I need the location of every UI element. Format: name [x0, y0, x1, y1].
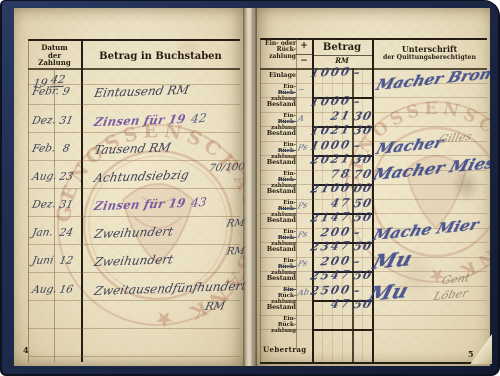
plus-minus-mark: Ps	[297, 200, 309, 210]
date-day: 31	[56, 114, 76, 127]
amount-pf: 30	[352, 108, 372, 123]
left-header-date: Datum der Zahlung	[28, 44, 81, 67]
amount-in-words-text: Zweitausendfünfhundert	[93, 279, 247, 298]
amount-pf: 70	[352, 166, 372, 181]
signature: Mache Mier	[371, 216, 481, 244]
rule-line	[28, 132, 240, 133]
date-month: Aug.	[31, 170, 58, 183]
amount-pf: 50	[352, 239, 372, 254]
rule-line	[28, 272, 240, 273]
rule-line	[28, 328, 240, 329]
date-month: Aug.	[31, 283, 58, 296]
row-label-bestand: Bestand	[258, 246, 296, 253]
amount-rm: 47	[308, 296, 353, 311]
interest-stamp-text: Zinsen für 19	[93, 112, 187, 130]
amount-in-words-text: Zweihundert	[93, 252, 174, 269]
amount-rm: 21	[308, 108, 353, 123]
amount-in-words-text: Eintausend RM	[93, 83, 190, 100]
rule-line	[54, 68, 55, 362]
date-month: Jan.	[31, 226, 54, 239]
amount-pf: –	[352, 94, 372, 109]
amount-rm: 1000	[308, 64, 353, 79]
rule-line	[28, 216, 240, 217]
row-label-bestand: Bestand	[258, 130, 296, 137]
right-header-currency: RM	[312, 57, 372, 65]
rule-line	[28, 244, 240, 245]
plus-minus-mark: Ps	[297, 229, 309, 239]
page-number-right: 5	[468, 349, 474, 359]
row-label-bestand: Bestand	[258, 275, 296, 282]
right-header-payment-type: Ein- oder Rück- zahlung	[258, 41, 296, 60]
amount-in-words: Zweitausendfünfhundert	[93, 279, 245, 298]
signature: Macher Brommer.	[374, 60, 490, 94]
amount-rm: 1000	[308, 93, 353, 108]
amount-rm: 2100	[308, 180, 353, 195]
right-header-amount: Betrag	[312, 43, 372, 54]
amount-pf: 50	[352, 195, 372, 210]
date-month: Dez.	[31, 114, 57, 127]
signature: Gilles	[437, 130, 474, 146]
amount-pf: 50	[352, 268, 372, 283]
amount-note: 70/100	[208, 162, 246, 174]
amount-pf: –	[352, 65, 372, 80]
amount-rm: 2347	[308, 238, 353, 253]
book-gutter	[243, 8, 257, 366]
amount-note-second-line: RM	[204, 299, 226, 313]
passbook-left-page: GENOSSENSCHAFTSBANK ★ Datum der Zahlung …	[14, 8, 247, 366]
date-day: 23	[56, 170, 76, 183]
amount-pf: 30	[352, 152, 372, 167]
date-day: 8	[56, 142, 76, 155]
interest-stamp: Zinsen für 1943	[93, 194, 245, 213]
date-day: 9	[56, 85, 76, 98]
amount-rm: 1000	[308, 137, 353, 152]
amount-pf: –	[352, 137, 372, 152]
amount-pf: 30	[352, 123, 372, 138]
amount-rm: 2147	[308, 209, 353, 224]
row-label-bestand: Bestand	[258, 101, 296, 108]
rule-line	[28, 160, 240, 161]
amount-rm: 2021	[308, 151, 353, 166]
rule-line	[28, 356, 240, 357]
interest-stamp-year: 42	[190, 111, 208, 126]
amount-in-words-text: Achtundsiebzig	[93, 168, 190, 185]
row-label-einlage: Einlage	[258, 72, 296, 79]
date-month: Juni	[31, 254, 55, 267]
rule-line	[296, 38, 297, 350]
left-header-amount-in-words: Betrag in Buchstaben	[81, 52, 240, 63]
date-month: Dez.	[31, 198, 57, 211]
amount-in-words-text: Tausend RM	[93, 140, 172, 157]
amount-in-words: ZweihundertRM	[93, 250, 245, 269]
right-header-signature: Unterschrift	[372, 45, 487, 54]
rule-line	[81, 39, 83, 362]
minus-sign: −	[296, 57, 312, 67]
plus-minus-mark: −	[297, 84, 306, 94]
rule-line	[28, 39, 240, 41]
signature: Mu	[366, 278, 411, 306]
date-day: 31	[56, 198, 76, 211]
amount-rm: 2500	[308, 282, 353, 297]
interest-stamp-year: 43	[190, 195, 208, 210]
plus-minus-mark: Ps	[297, 142, 309, 152]
amount-rm: 1021	[308, 122, 353, 137]
rule-line	[28, 188, 240, 189]
amount-rm: 47	[308, 195, 353, 210]
row-label-bestand: Bestand	[258, 217, 296, 224]
amount-rm: 200	[308, 253, 353, 268]
date-month: Feb.	[31, 142, 57, 155]
row-label-einzahlung: Ein-Rück-zahlung	[258, 316, 296, 334]
signature: Mu	[370, 246, 415, 274]
rule-line	[28, 39, 29, 362]
amount-pf: 00	[352, 181, 372, 196]
header-col1-line3: zahlung	[258, 54, 296, 60]
amount-rm: 78	[308, 166, 353, 181]
row-label-bestand: Bestand	[258, 304, 296, 311]
amount-in-words: Achtundsiebzig70/100	[93, 166, 245, 185]
rule-line	[296, 54, 312, 55]
interest-stamp: Zinsen für 1942	[93, 110, 245, 129]
savings-passbook: GENOSSENSCHAFTSBANK ★ Datum der Zahlung …	[0, 0, 500, 376]
amount-pf: –	[352, 224, 372, 239]
date-day: 16	[56, 283, 76, 296]
rule-line	[28, 68, 240, 70]
right-header-signature-sub: der Quittungsberechtigten	[372, 55, 487, 62]
date-day: 12	[56, 254, 76, 267]
amount-rm: 200	[308, 224, 353, 239]
amount-in-words: Tausend RM	[93, 138, 245, 157]
date-day: 24	[56, 226, 76, 239]
amount-pf: 50	[352, 210, 372, 225]
row-label-bestand: Bestand	[258, 188, 296, 195]
header-date-line3: Zahlung	[28, 59, 81, 67]
passbook-right-page: GENOSSENSCHAFTSBANK ★ Ein- oder Rück- za…	[253, 8, 490, 366]
plus-sign: +	[296, 42, 312, 52]
rule-line	[28, 104, 240, 105]
amount-pf: –	[352, 253, 372, 268]
rule-line	[312, 329, 372, 331]
plus-minus-mark: Ps	[297, 258, 309, 268]
amount-in-words-text: Zweihundert	[93, 224, 174, 241]
plus-minus-mark: A	[297, 113, 305, 123]
row-label-uebertrag: Uebertrag	[263, 346, 307, 354]
amount-in-words: ZweihundertRM	[93, 222, 245, 241]
amount-rm: 2547	[308, 267, 353, 282]
row-label-bestand: Bestand	[258, 159, 296, 166]
page-number-left: 4	[23, 345, 29, 355]
interest-stamp-text: Zinsen für 19	[93, 196, 187, 214]
